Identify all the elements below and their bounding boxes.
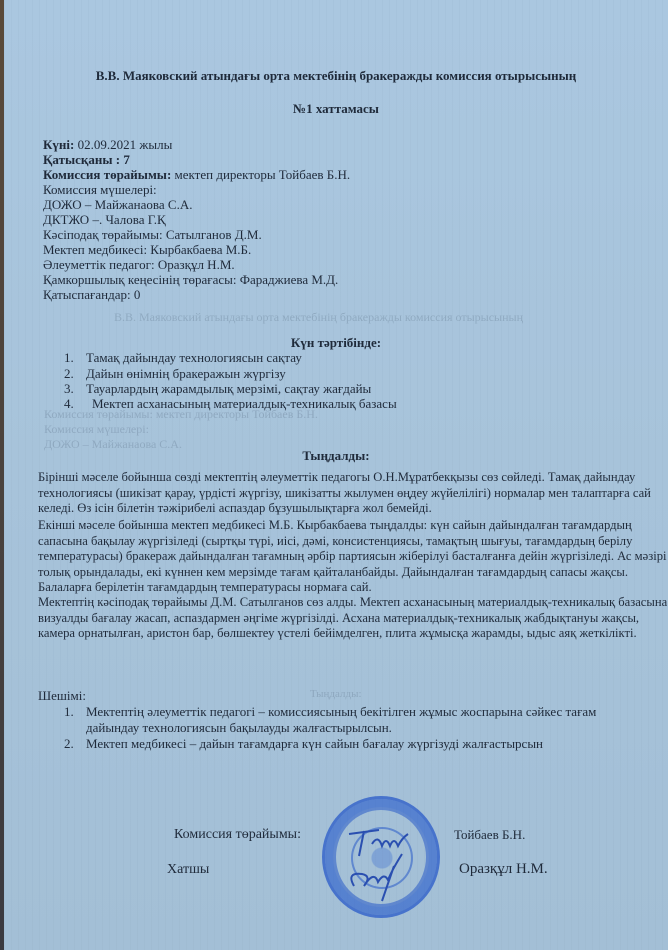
secretary-signature-name: Оразқұл Н.М. xyxy=(459,862,548,877)
chair-line: Комиссия төрайымы: мектеп директоры Тойб… xyxy=(43,167,350,182)
agenda-item: 3.Тауарлардың жарамдылық мерзімі, сақтау… xyxy=(64,381,371,397)
decision-item: 1.Мектептің әлеуметтік педагогі – комисс… xyxy=(64,704,596,720)
document-subtitle: №1 хаттамасы xyxy=(4,101,668,117)
member-item: ДОЖО – Майжанаова С.А. xyxy=(43,197,192,212)
chair-signature-name: Тойбаев Б.Н. xyxy=(454,827,525,842)
agenda-heading: Күн тәртібінде: xyxy=(4,335,668,351)
agenda-item: 4.Мектеп асханасының материалдық-техника… xyxy=(64,396,397,412)
absent-count: Қатыспағандар: 0 xyxy=(43,287,140,302)
heard-paragraph-3: Мектептің кәсіподақ төрайымы Д.М. Сатылг… xyxy=(38,595,668,642)
agenda-item: 1.Тамақ дайындау технологиясын сақтау xyxy=(64,350,302,366)
member-item: Мектеп медбикесі: Кырбакбаева М.Б. xyxy=(43,242,251,257)
signature-icon xyxy=(334,816,434,906)
ghost-text: Комиссия мүшелері: xyxy=(44,422,149,437)
secretary-signature-label: Хатшы xyxy=(167,862,209,877)
decision-item: 2.Мектеп медбикесі – дайын тағамдарға кү… xyxy=(64,736,543,752)
member-item: Әлеуметтік педагог: Оразқұл Н.М. xyxy=(43,257,235,272)
member-item: ДКТЖО –. Чалова Г.Қ xyxy=(43,212,166,227)
document-title: В.В. Маяковский атындағы орта мектебінің… xyxy=(4,68,668,84)
document-page: В.В. Маяковский атындағы орта мектебінің… xyxy=(4,0,668,950)
chair-label: Комиссия төрайымы: xyxy=(43,167,171,182)
heard-paragraph-2: Екінші мәселе бойынша мектеп медбикесі М… xyxy=(38,518,668,596)
heard-heading: Тыңдалды: xyxy=(4,448,668,464)
ghost-text: Тыңдалды: xyxy=(310,688,362,700)
members-label: Комиссия мүшелері: xyxy=(43,182,157,197)
member-item: Кәсіподақ төрайымы: Сатылганов Д.М. xyxy=(43,227,262,242)
date-label: Күні: xyxy=(43,137,74,152)
chair-value: мектеп директоры Тойбаев Б.Н. xyxy=(171,167,350,182)
decision-item-continuation: дайындау технологиясын бақылауды жалғаст… xyxy=(86,720,392,736)
agenda-item: 2.Дайын өнімнің бракеражын жүргізу xyxy=(64,366,286,382)
attended-count: Қатысқаны : 7 xyxy=(43,152,130,167)
member-item: Қамкоршылық кеңесінің төрағасы: Фараджие… xyxy=(43,272,338,287)
decision-heading: Шешімі: xyxy=(38,688,86,703)
ghost-text: В.В. Маяковский атындағы орта мектебінің… xyxy=(114,310,523,325)
date-line: Күні: 02.09.2021 жылы xyxy=(43,137,172,152)
heard-paragraph-1: Бірінші мәселе бойынша сөзді мектептің ә… xyxy=(38,470,668,517)
chair-signature-label: Комиссия төрайымы: xyxy=(174,827,301,842)
date-value: 02.09.2021 жылы xyxy=(74,137,172,152)
